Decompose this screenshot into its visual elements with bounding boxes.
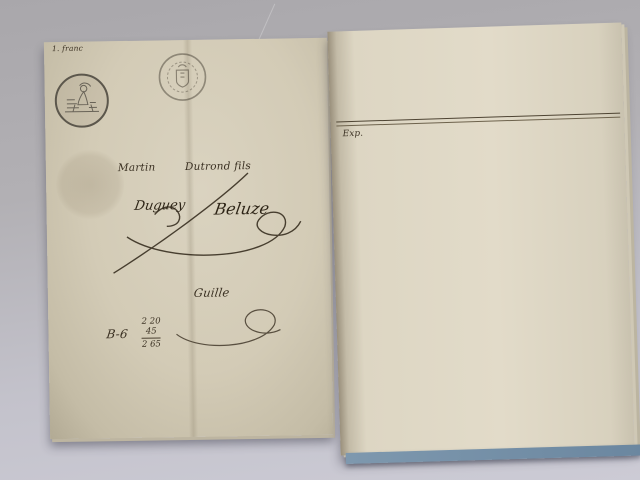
act-body-text — [396, 35, 618, 42]
left-body-text — [109, 98, 323, 101]
fee-addition: 2 20 45 2 65 — [142, 316, 161, 349]
fee-margin-note: 1. franc — [52, 44, 83, 53]
expedition-note: Exp. — [342, 129, 363, 140]
act-margin-summary — [338, 41, 402, 43]
decime-amount: 45 — [146, 327, 157, 337]
round-notarial-ink-stamp-icon — [156, 51, 209, 108]
right-document: Exp. — [327, 22, 634, 455]
double-rule — [336, 113, 620, 127]
registrar-flourish-icon — [164, 290, 295, 354]
left-document: 1. franc — [44, 38, 333, 439]
signature-duguey: Duguey — [133, 198, 186, 214]
signature-guille: Guille — [193, 285, 230, 300]
principal-signatures: Duguey Beluze — [96, 170, 330, 280]
duty-amount: 2 20 — [142, 316, 161, 326]
fee-account: B-6 2 20 45 2 65 — [106, 316, 161, 350]
account-label: B-6 — [106, 326, 129, 340]
photo-scene: 1. franc — [0, 0, 640, 480]
total-amount: 2 65 — [142, 337, 161, 349]
signature-beluze: Beluze — [213, 199, 271, 219]
signature-flourish-icon — [96, 170, 330, 280]
embossed-tax-stamp-icon — [52, 71, 111, 134]
